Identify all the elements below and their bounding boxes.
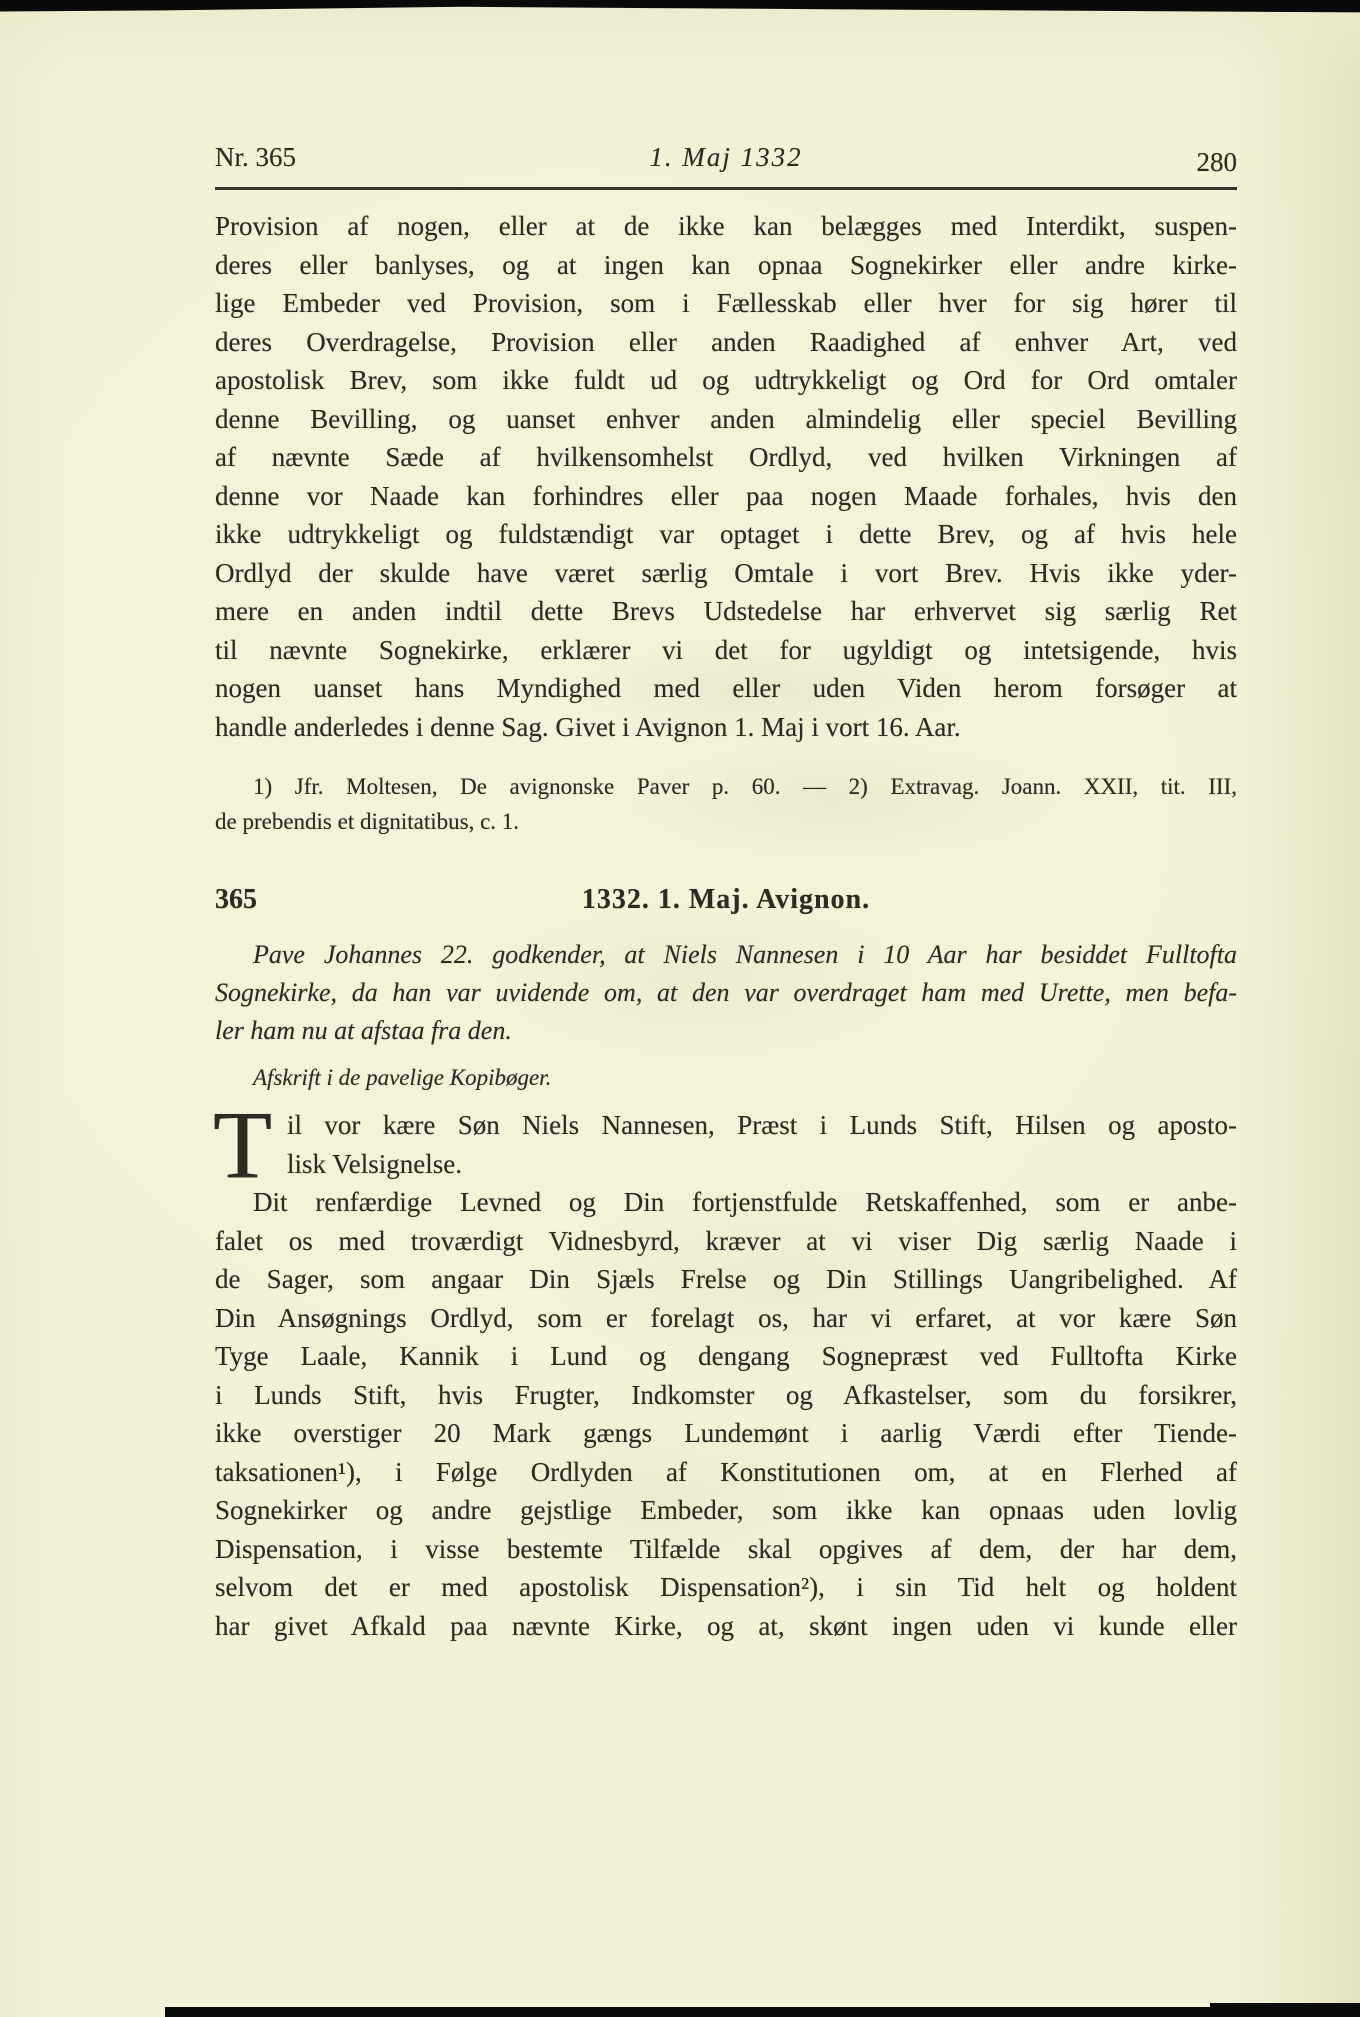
scanned-book-page: Nr. 365 1. Maj 1332 280 Provision af nog… xyxy=(0,0,1360,2017)
entry-heading: 365 1332. 1. Maj. Avignon. xyxy=(215,884,1237,916)
letter-line: Dit renfærdige Levned og Din fortjenstfu… xyxy=(215,1183,1237,1222)
text-line: deres eller banlyses, og at ingen kan op… xyxy=(215,246,1237,285)
letter-line: i Lunds Stift, hvis Frugter, Indkomster … xyxy=(215,1376,1237,1415)
scan-edge-bottom xyxy=(165,2007,1360,2017)
text-line: apostolisk Brev, som ikke fuldt ud og ud… xyxy=(215,361,1237,400)
letter-line: Tyge Laale, Kannik i Lund og dengang Sog… xyxy=(215,1337,1237,1376)
entry-number: 365 xyxy=(215,884,582,916)
running-date: 1. Maj 1332 xyxy=(649,142,802,173)
header-rule xyxy=(215,187,1237,190)
letter-line: lisk Velsignelse. xyxy=(215,1145,1237,1184)
letter-line: falet os med troværdigt Vidnesbyrd, kræv… xyxy=(215,1222,1237,1261)
entry-summary: Pave Johannes 22. godkender, at Niels Na… xyxy=(215,936,1237,1050)
letter-line: de Sager, som angaar Din Sjæls Frelse og… xyxy=(215,1260,1237,1299)
letter-line: Sognekirker og andre gejstlige Embeder, … xyxy=(215,1491,1237,1530)
text-line: nogen uanset hans Myndighed med eller ud… xyxy=(215,669,1237,708)
summary-line: Sognekirke, da han var uvidende om, at d… xyxy=(215,974,1237,1012)
text-line: til nævnte Sognekirke, erklærer vi det f… xyxy=(215,631,1237,670)
letter-line: selvom det er med apostolisk Dispensatio… xyxy=(215,1568,1237,1607)
running-entry-number: Nr. 365 xyxy=(215,142,649,173)
footnote-line: 1) Jfr. Moltesen, De avignonske Paver p.… xyxy=(215,769,1237,804)
letter-line: har givet Afkald paa nævnte Kirke, og at… xyxy=(215,1607,1237,1646)
letter-line: il vor kære Søn Niels Nannesen, Præst i … xyxy=(215,1106,1237,1145)
entry-dateline: 1332. 1. Maj. Avignon. xyxy=(582,884,870,916)
text-line: af nævnte Sæde af hvilkensomhelst Ordlyd… xyxy=(215,438,1237,477)
footnotes: 1) Jfr. Moltesen, De avignonske Paver p.… xyxy=(215,769,1237,839)
text-line: Ordlyd der skulde have været særlig Omta… xyxy=(215,554,1237,593)
text-line: handle anderledes i denne Sag. Givet i A… xyxy=(215,708,1237,747)
letter-line: ikke overstiger 20 Mark gængs Lundemønt … xyxy=(215,1414,1237,1453)
footnote-line: de prebendis et dignitatibus, c. 1. xyxy=(215,804,1237,839)
text-line: Provision af nogen, eller at de ikke kan… xyxy=(215,207,1237,246)
scan-edge-top xyxy=(0,0,1360,13)
summary-line: Pave Johannes 22. godkender, at Niels Na… xyxy=(215,936,1237,974)
page-number: 280 xyxy=(803,147,1237,178)
text-line: mere en anden indtil dette Brevs Udstede… xyxy=(215,592,1237,631)
text-line: deres Overdragelse, Provision eller ande… xyxy=(215,323,1237,362)
continuation-paragraph: Provision af nogen, eller at de ikke kan… xyxy=(215,207,1237,746)
text-line: ikke udtrykkeligt og fuldstændigt var op… xyxy=(215,515,1237,554)
text-line: denne Bevilling, og uanset enhver anden … xyxy=(215,400,1237,439)
running-header: Nr. 365 1. Maj 1332 280 xyxy=(215,142,1237,173)
letter-line: Dispensation, i visse bestemte Tilfælde … xyxy=(215,1530,1237,1569)
text-line: denne vor Naade kan forhindres eller paa… xyxy=(215,477,1237,516)
letter-body: T il vor kære Søn Niels Nannesen, Præst … xyxy=(215,1106,1237,1645)
letter-line: Din Ansøgnings Ordlyd, som er forelagt o… xyxy=(215,1299,1237,1338)
letter-line: taksationen¹), i Følge Ordlyden af Konst… xyxy=(215,1453,1237,1492)
source-note: Afskrift i de pavelige Kopibøger. xyxy=(215,1063,1237,1093)
text-line: lige Embeder ved Provision, som i Fælles… xyxy=(215,284,1237,323)
summary-line: ler ham nu at afstaa fra den. xyxy=(215,1012,1237,1050)
dropcap-initial: T xyxy=(213,1109,272,1181)
